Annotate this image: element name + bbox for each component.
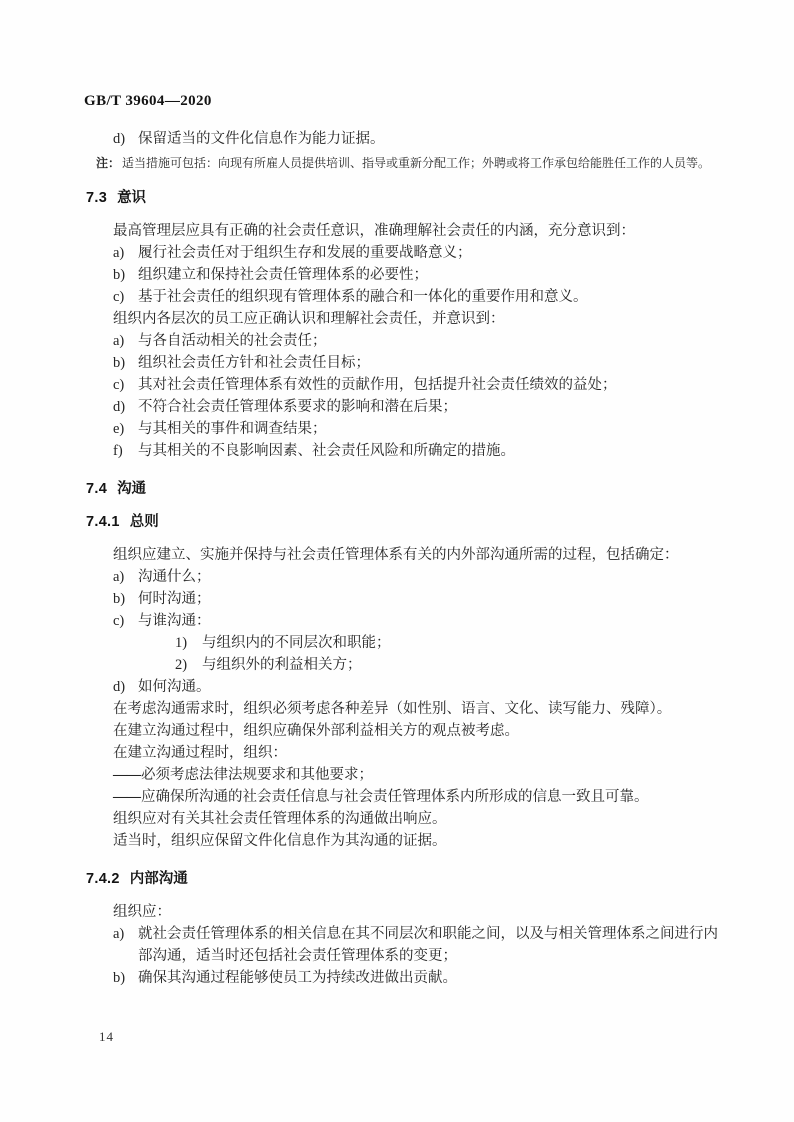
list-item-text: 与谁沟通： xyxy=(138,613,211,629)
list-item-label: b) xyxy=(113,588,125,610)
paragraph: 在考虑沟通需求时，组织必须考虑各种差异（如性别、语言、文化、读写能力、残障）。 xyxy=(86,698,726,720)
paragraph: 组织应建立、实施并保持与社会责任管理体系有关的内外部沟通所需的过程，包括确定： xyxy=(86,544,726,566)
list-item-text: 确保其沟通过程能够使员工为持续改进做出贡献。 xyxy=(138,970,457,986)
list-item-label: f) xyxy=(113,440,123,462)
paragraph: 在建立沟通过程时，组织： xyxy=(86,742,726,764)
list-item: f)与其相关的不良影响因素、社会责任风险和所确定的措施。 xyxy=(86,440,726,462)
note-text: 适当措施可包括：向现有所雇人员提供培训、指导或重新分配工作；外聘或将工作承包给能… xyxy=(122,156,710,170)
list-item: a)就社会责任管理体系的相关信息在其不同层次和职能之间，以及与相关管理体系之间进… xyxy=(86,923,726,967)
heading-number: 7.4 xyxy=(86,481,107,497)
document-page: GB/T 39604—2020 d)保留适当的文件化信息作为能力证据。注：适当措… xyxy=(0,0,794,1122)
list-item-label: c) xyxy=(113,286,124,308)
section-heading-7.4.2: 7.4.2内部沟通 xyxy=(86,868,726,890)
dash-item: ——应确保所沟通的社会责任信息与社会责任管理体系内所形成的信息一致且可靠。 xyxy=(86,786,726,808)
list-item-text: 就社会责任管理体系的相关信息在其不同层次和职能之间，以及与相关管理体系之间进行内… xyxy=(138,926,718,964)
list-item-label: a) xyxy=(113,242,124,264)
list-item: a)沟通什么； xyxy=(86,566,726,588)
list-item-label: c) xyxy=(113,610,124,632)
document-body: d)保留适当的文件化信息作为能力证据。注：适当措施可包括：向现有所雇人员提供培训… xyxy=(86,128,726,989)
list-item-label: e) xyxy=(113,418,124,440)
paragraph: 组织内各层次的员工应正确认识和理解社会责任，并意识到： xyxy=(86,308,726,330)
list-item: b)确保其沟通过程能够使员工为持续改进做出贡献。 xyxy=(86,967,726,989)
list-item-label: b) xyxy=(113,264,125,286)
heading-number: 7.4.2 xyxy=(86,871,120,887)
sublist-item: 1)与组织内的不同层次和职能； xyxy=(86,632,726,654)
list-item-text: 保留适当的文件化信息作为能力证据。 xyxy=(138,131,385,147)
list-item: c)基于社会责任的组织现有管理体系的融合和一体化的重要作用和意义。 xyxy=(86,286,726,308)
list-item: d)不符合社会责任管理体系要求的影响和潜在后果； xyxy=(86,396,726,418)
dash-item-text: 应确保所沟通的社会责任信息与社会责任管理体系内所形成的信息一致且可靠。 xyxy=(141,789,649,805)
list-item-text: 不符合社会责任管理体系要求的影响和潜在后果； xyxy=(138,399,457,415)
heading-title: 内部沟通 xyxy=(130,871,188,887)
note: 注：适当措施可包括：向现有所雇人员提供培训、指导或重新分配工作；外聘或将工作承包… xyxy=(86,155,726,171)
paragraph: 组织应： xyxy=(86,901,726,923)
list-item-text: 与其相关的不良影响因素、社会责任风险和所确定的措施。 xyxy=(138,443,515,459)
sublist-item-text: 与组织外的利益相关方； xyxy=(202,657,362,673)
list-item-label: d) xyxy=(113,396,125,418)
list-item: d)如何沟通。 xyxy=(86,676,726,698)
list-item: c)与谁沟通： xyxy=(86,610,726,632)
list-item-label: a) xyxy=(113,330,124,352)
list-item-text: 履行社会责任对于组织生存和发展的重要战略意义； xyxy=(138,245,472,261)
paragraph: 最高管理层应具有正确的社会责任意识，准确理解社会责任的内涵，充分意识到： xyxy=(86,220,726,242)
dash-item: ——必须考虑法律法规要求和其他要求； xyxy=(86,764,726,786)
list-item-text: 沟通什么； xyxy=(138,569,211,585)
section-heading-7.4: 7.4沟通 xyxy=(86,478,726,500)
sublist-item: 2)与组织外的利益相关方； xyxy=(86,654,726,676)
list-item-text: 与各自活动相关的社会责任； xyxy=(138,333,327,349)
list-item-label: a) xyxy=(113,923,124,945)
sublist-item-text: 与组织内的不同层次和职能； xyxy=(202,635,391,651)
section-heading-7.4.1: 7.4.1总则 xyxy=(86,511,726,533)
list-item-text: 组织建立和保持社会责任管理体系的必要性； xyxy=(138,267,428,283)
list-item-label: c) xyxy=(113,374,124,396)
list-item-text: 基于社会责任的组织现有管理体系的融合和一体化的重要作用和意义。 xyxy=(138,289,588,305)
heading-number: 7.4.1 xyxy=(86,514,120,530)
list-item: b)组织社会责任方针和社会责任目标； xyxy=(86,352,726,374)
dash-marker: —— xyxy=(113,767,140,783)
section-heading-7.3: 7.3意识 xyxy=(86,187,726,209)
heading-number: 7.3 xyxy=(86,190,107,206)
page-number: 14 xyxy=(99,1029,114,1045)
standard-number-header: GB/T 39604—2020 xyxy=(84,93,212,110)
list-item: b)组织建立和保持社会责任管理体系的必要性； xyxy=(86,264,726,286)
list-item-text: 如何沟通。 xyxy=(138,679,211,695)
list-item-text: 何时沟通； xyxy=(138,591,211,607)
list-item-text: 组织社会责任方针和社会责任目标； xyxy=(138,355,370,371)
list-item-text: 与其相关的事件和调查结果； xyxy=(138,421,327,437)
list-item: b)何时沟通； xyxy=(86,588,726,610)
list-item: c)其对社会责任管理体系有效性的贡献作用，包括提升社会责任绩效的益处； xyxy=(86,374,726,396)
list-item-label: b) xyxy=(113,352,125,374)
list-item-label: b) xyxy=(113,967,125,989)
list-item-text: 其对社会责任管理体系有效性的贡献作用，包括提升社会责任绩效的益处； xyxy=(138,377,617,393)
paragraph: 组织应对有关其社会责任管理体系的沟通做出响应。 xyxy=(86,808,726,830)
list-item-label: d) xyxy=(113,128,125,150)
heading-title: 总则 xyxy=(130,514,159,530)
dash-item-text: 必须考虑法律法规要求和其他要求； xyxy=(141,767,373,783)
sublist-item-label: 2) xyxy=(175,654,187,676)
heading-title: 沟通 xyxy=(117,481,146,497)
heading-title: 意识 xyxy=(117,190,146,206)
list-item: e)与其相关的事件和调查结果； xyxy=(86,418,726,440)
list-item: d)保留适当的文件化信息作为能力证据。 xyxy=(86,128,726,150)
list-item-label: d) xyxy=(113,676,125,698)
list-item-label: a) xyxy=(113,566,124,588)
dash-marker: —— xyxy=(113,789,140,805)
list-item: a)履行社会责任对于组织生存和发展的重要战略意义； xyxy=(86,242,726,264)
list-item: a)与各自活动相关的社会责任； xyxy=(86,330,726,352)
note-label: 注： xyxy=(96,156,120,170)
paragraph: 适当时，组织应保留文件化信息作为其沟通的证据。 xyxy=(86,830,726,852)
paragraph: 在建立沟通过程中，组织应确保外部利益相关方的观点被考虑。 xyxy=(86,720,726,742)
sublist-item-label: 1) xyxy=(175,632,187,654)
